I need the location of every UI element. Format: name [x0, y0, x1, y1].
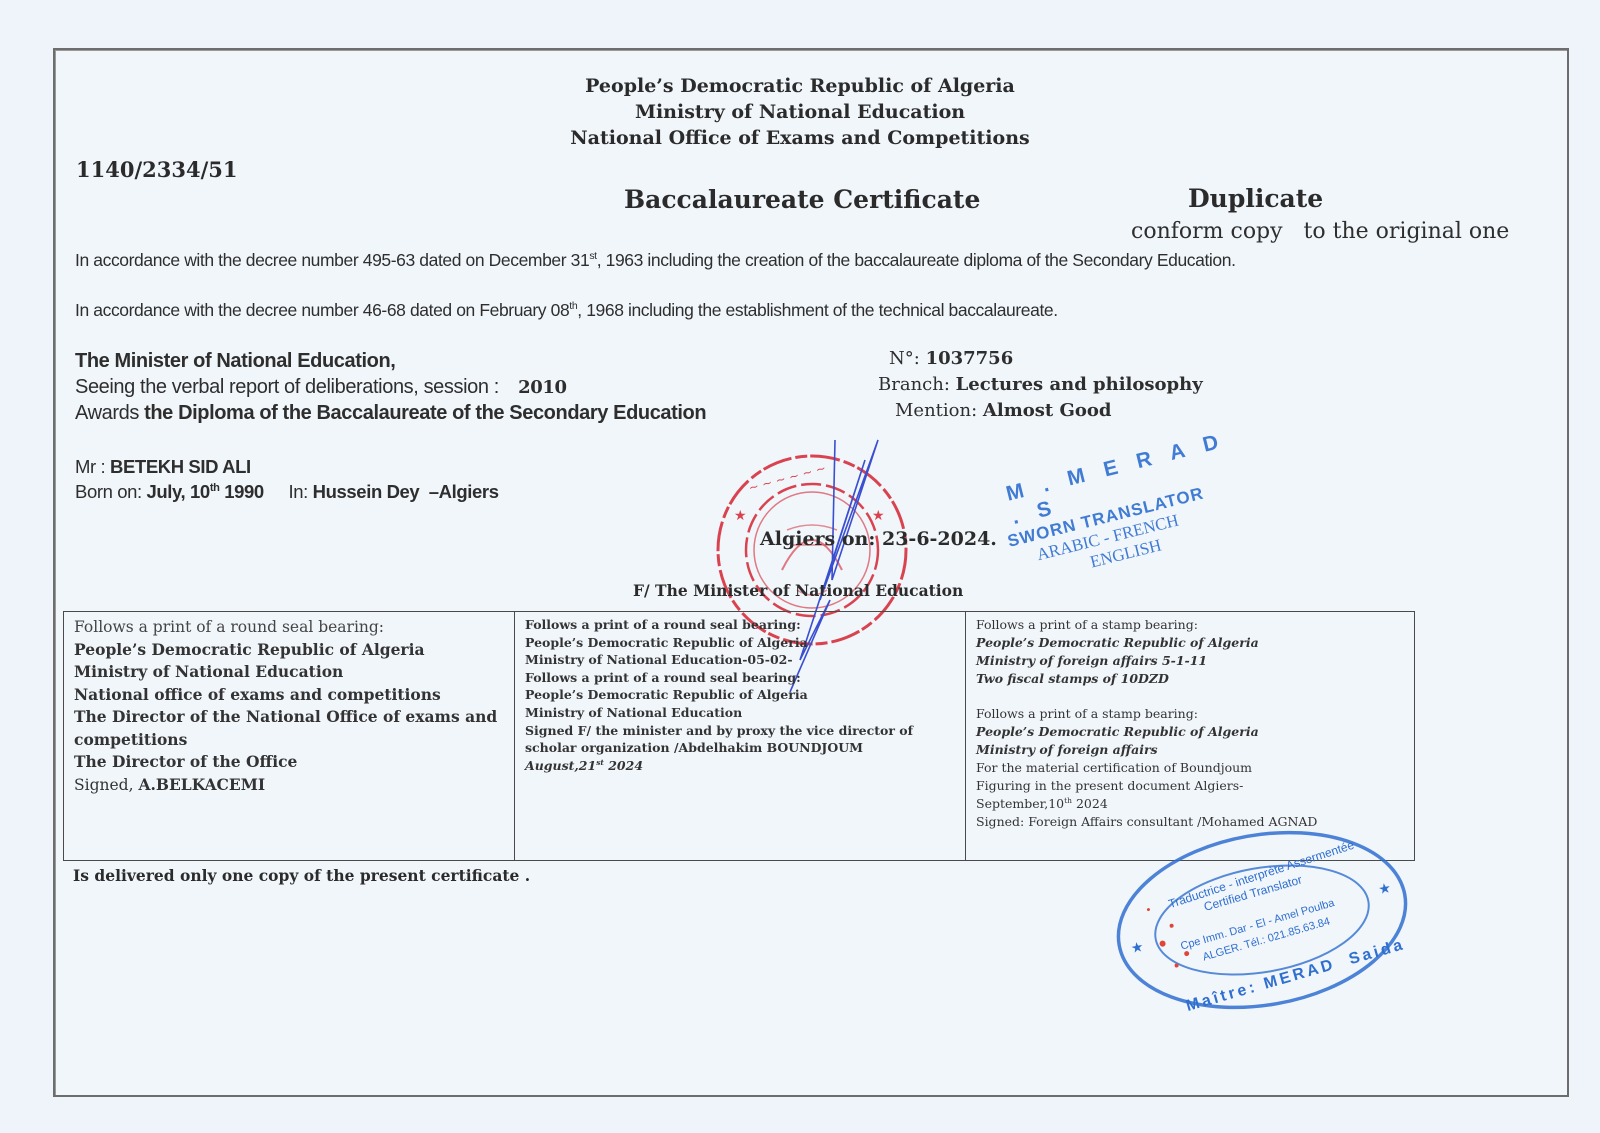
col3-intro-2: Follows a print of a stamp bearing:: [976, 705, 1404, 723]
issue-signatory: F/ The Minister of National Education: [633, 581, 963, 600]
col3-line: People’s Democratic Republic of Algeria: [976, 634, 1404, 652]
col3-line: Two fiscal stamps of 10DZD: [976, 670, 1404, 688]
number-value: 1037756: [926, 348, 1014, 369]
col3-line: Ministry of foreign affairs 5-1-11: [976, 652, 1404, 670]
col2-date: August,21st 2024: [525, 757, 955, 775]
certificate-title: Baccalaureate Certificate: [624, 185, 980, 214]
decree-2-text-a: In accordance with the decree number 46-…: [75, 300, 569, 320]
holder-name-line: Mr : BETEKH SID ALI: [75, 456, 251, 478]
session-line: Seeing the verbal report of deliberation…: [75, 376, 567, 399]
reference-number: 1140/2334/51: [76, 157, 237, 182]
signatures-col-1: Follows a print of a round seal bearing:…: [64, 612, 515, 861]
awards-line: Awards the Diploma of the Baccalaureate …: [75, 402, 706, 425]
mention-value: Almost Good: [983, 400, 1112, 421]
decree-1-text-b: , 1963 including the creation of the bac…: [597, 250, 1236, 270]
col3-line: Ministry of foreign affairs: [976, 741, 1404, 759]
col3-date: September,10th 2024: [976, 795, 1404, 813]
branch-label: Branch:: [878, 374, 950, 395]
col3-line: For the material certification of Boundj…: [976, 759, 1404, 777]
session-label: Seeing the verbal report of deliberation…: [75, 376, 499, 398]
signatures-col-3: Follows a print of a stamp bearing: Peop…: [966, 612, 1415, 861]
col3-signed: Signed: Foreign Affairs consultant /Moha…: [976, 813, 1404, 831]
branch-value: Lectures and philosophy: [956, 374, 1203, 395]
mention-label: Mention:: [895, 400, 977, 421]
awards-value: the Diploma of the Baccalaureate of the …: [144, 402, 706, 424]
header-republic: People’s Democratic Republic of Algeria: [0, 75, 1600, 97]
minister-line-text: The Minister of National Education,: [75, 350, 395, 372]
minister-line: The Minister of National Education,: [75, 350, 395, 373]
col2-line: People’s Democratic Republic of Algeria: [525, 634, 955, 652]
col3-spacer: [976, 688, 1404, 705]
decree-2-text-b: , 1968 including the establishment of th…: [577, 300, 1057, 320]
col1-intro: Follows a print of a round seal bearing:: [74, 616, 504, 639]
col1-line: The Director of the Office: [74, 751, 504, 774]
col2-line: Ministry of National Education: [525, 704, 955, 722]
col2-line: People’s Democratic Republic of Algeria: [525, 686, 955, 704]
col2-line: Follows a print of a round seal bearing:: [525, 669, 955, 687]
col3-date-b: 2024: [1072, 796, 1108, 811]
mention: Mention: Almost Good: [895, 400, 1111, 421]
session-value: 2010: [518, 377, 567, 398]
born-date: July, 10th 1990: [147, 481, 264, 502]
duplicate-label: Duplicate: [1188, 184, 1323, 213]
awards-label: Awards: [75, 402, 139, 424]
number-label: N°:: [889, 348, 920, 369]
signatures-table: Follows a print of a round seal bearing:…: [63, 611, 1415, 861]
born-month: July, 10: [147, 481, 210, 502]
col2-line: Ministry of National Education-05-02-: [525, 651, 955, 669]
place-label: In:: [289, 481, 308, 502]
col1-signed-name: A.BELKACEMI: [138, 775, 265, 794]
col2-date-a: August,21: [525, 758, 596, 773]
header-ministry: Ministry of National Education: [0, 101, 1600, 123]
col3-line: Figuring in the present document Algiers…: [976, 777, 1404, 795]
branch: Branch: Lectures and philosophy: [878, 374, 1203, 395]
col1-line: Ministry of National Education: [74, 661, 504, 684]
col1-line: The Director of the National Office of e…: [74, 706, 504, 751]
col3-date-a: September,10: [976, 796, 1064, 811]
col1-line: National office of exams and competition…: [74, 684, 504, 707]
born-label: Born on:: [75, 481, 142, 502]
issue-place-date: Algiers on: 23-6-2024.: [760, 528, 997, 550]
col2-date-b: 2024: [604, 758, 643, 773]
holder-name: BETEKH SID ALI: [110, 456, 251, 477]
col2-line: Follows a print of a round seal bearing:: [525, 616, 955, 634]
col2-line: Signed F/ the minister and by proxy the …: [525, 722, 955, 757]
col3-date-sup: th: [1064, 796, 1072, 805]
header-office: National Office of Exams and Competition…: [0, 127, 1600, 149]
born-sup: th: [210, 482, 220, 494]
col1-signed-label: Signed,: [74, 776, 134, 794]
footer-note: Is delivered only one copy of the presen…: [73, 866, 530, 885]
col1-line: People’s Democratic Republic of Algeria: [74, 639, 504, 662]
signatures-col-2: Follows a print of a round seal bearing:…: [515, 612, 966, 861]
col2-date-sup: st: [596, 758, 604, 767]
holder-title-label: Mr :: [75, 456, 105, 477]
holder-birth-line: Born on: July, 10th 1990 In: Hussein Dey…: [75, 481, 499, 503]
decree-2: In accordance with the decree number 46-…: [75, 300, 1058, 321]
col3-intro-1: Follows a print of a stamp bearing:: [976, 616, 1404, 634]
diploma-number: N°: 1037756: [889, 348, 1013, 369]
born-year: 1990: [224, 481, 264, 502]
duplicate-note: conform copy to the original one: [1131, 219, 1509, 244]
decree-1: In accordance with the decree number 495…: [75, 250, 1236, 271]
place-value: Hussein Dey –Algiers: [313, 481, 499, 502]
decree-1-text-a: In accordance with the decree number 495…: [75, 250, 589, 270]
col3-line: People’s Democratic Republic of Algeria: [976, 723, 1404, 741]
col1-signed: Signed, A.BELKACEMI: [74, 774, 504, 797]
decree-1-sup: st: [589, 250, 596, 262]
